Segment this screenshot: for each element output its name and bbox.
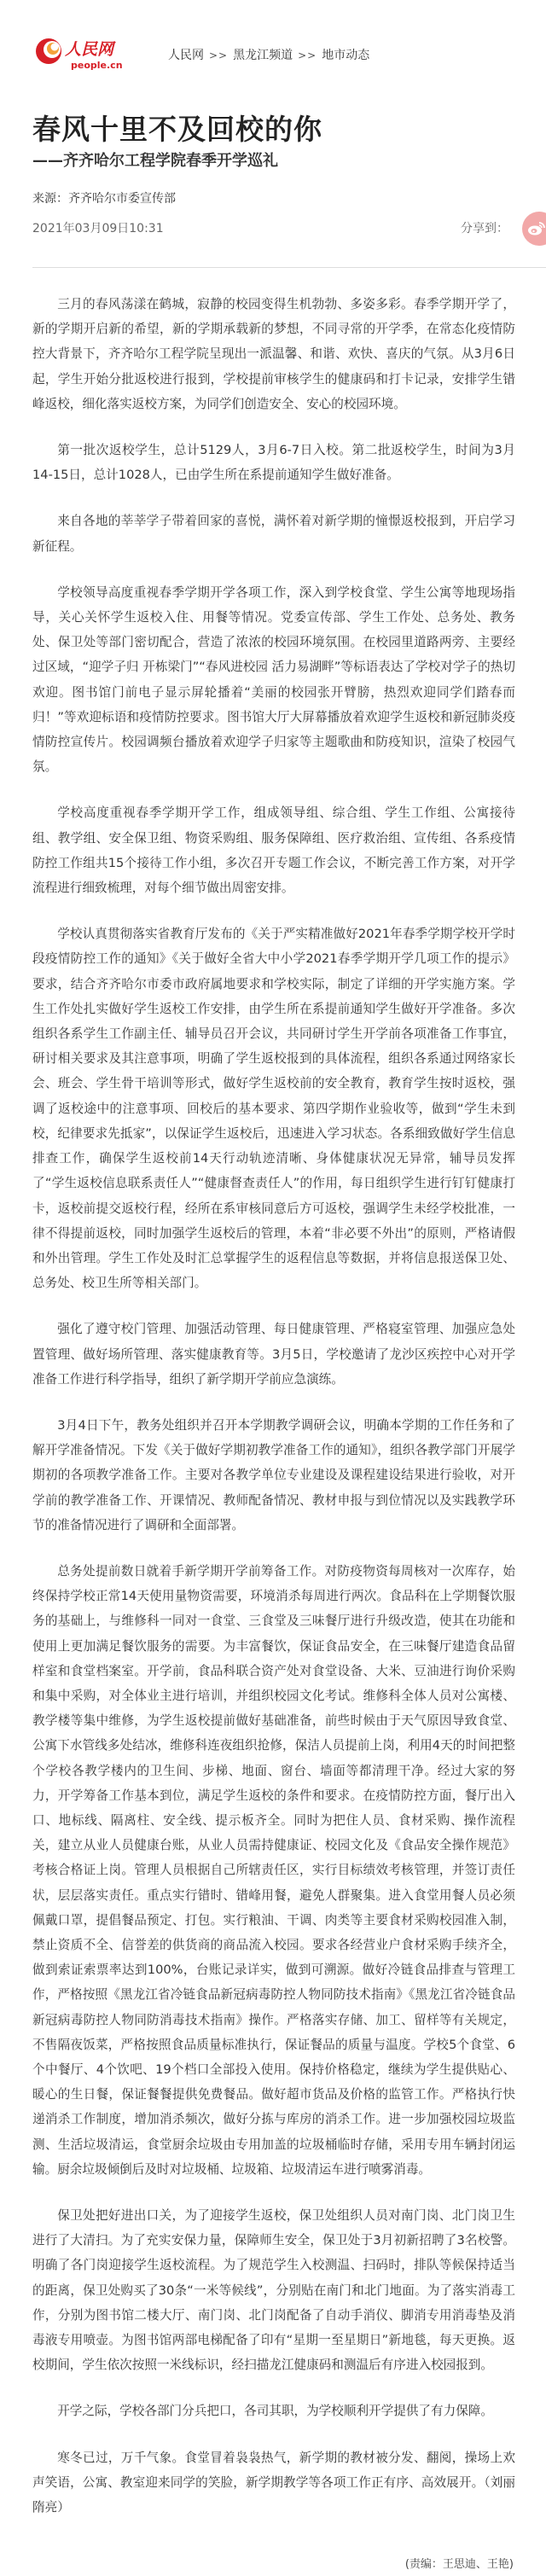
- paragraph: 学校领导高度重视春季学期开学各项工作，深入到学校食堂、学生公寓等地现场指导，关心…: [32, 580, 515, 780]
- breadcrumb-heilongjiang[interactable]: 黑龙江频道: [233, 49, 293, 62]
- breadcrumb-separator: >>: [298, 49, 317, 61]
- svg-text:人民网: 人民网: [65, 40, 116, 59]
- article-body: 三月的春风荡漾在鹤城，寂静的校园变得生机勃勃、多姿多彩。春季学期开学了，新的学期…: [32, 292, 515, 2541]
- paragraph: 第一批次返校学生，总计5129人，3月6-7日入校。第二批返校学生，时间为3月1…: [32, 438, 515, 487]
- article-subtitle: ——齐齐哈尔工程学院春季开学巡礼: [32, 148, 278, 171]
- paragraph: 3月4日下午，教务处组织并召开本学期教学调研会议，明确本学期的工作任务和了解开学…: [32, 1413, 515, 1538]
- paragraph: 学校认真贯彻落实省教育厅发布的《关于严实精准做好2021年春季学期学校开学时段疫…: [32, 922, 515, 1295]
- article-editor: (责编：王思迪、王艳): [405, 2555, 514, 2571]
- paragraph: 强化了遵守校门管理、加强活动管理、每日健康管理、严格寝室管理、加强应急处置管理、…: [32, 1317, 515, 1392]
- site-header: 人民网 people.cn 人民网>>黑龙江频道>>地市动态: [0, 0, 546, 77]
- article-title: 春风十里不及回校的你: [32, 108, 322, 148]
- paragraph: 学校高度重视春季学期开学工作，组成领导组、综合组、学生工作组、公寓接待组、教学组…: [32, 800, 515, 900]
- article-source: 来源：齐齐哈尔市委宣传部: [32, 189, 176, 206]
- paragraph: 来自各地的莘莘学子带着回家的喜悦，满怀着对新学期的憧憬返校报到，开启学习新征程。: [32, 509, 515, 558]
- paragraph: 寒冬已过，万千气象。食堂冒着袅袅热气，新学期的教材被分发、翻阅，操场上欢声笑语，…: [32, 2445, 515, 2521]
- breadcrumb: 人民网>>黑龙江频道>>地市动态: [168, 46, 369, 63]
- header-divider: [32, 267, 546, 268]
- paragraph: 保卫处把好进出口关，为了迎接学生返校，保卫处组织人员对南门岗、北门岗卫生进行了大…: [32, 2203, 515, 2377]
- paragraph: 总务处提前数日就着手新学期开学前筹备工作。对防疫物资每周核对一次库存，始终保持学…: [32, 1559, 515, 2182]
- breadcrumb-separator: >>: [209, 49, 228, 61]
- people-logo-icon: 人民网 people.cn: [34, 32, 128, 77]
- share-weibo-button[interactable]: [522, 212, 546, 246]
- breadcrumb-local-news[interactable]: 地市动态: [322, 49, 369, 62]
- share-label: 分享到：: [461, 219, 508, 236]
- people-cn-logo[interactable]: 人民网 people.cn: [34, 32, 128, 77]
- paragraph: 三月的春风荡漾在鹤城，寂静的校园变得生机勃勃、多姿多彩。春季学期开学了，新的学期…: [32, 292, 515, 416]
- weibo-icon: [527, 221, 546, 236]
- article-date: 2021年03月09日10:31: [32, 219, 164, 236]
- paragraph: 开学之际，学校各部门分兵把口，各司其职，为学校顺利开学提供了有力保障。: [32, 2399, 515, 2423]
- breadcrumb-home[interactable]: 人民网: [168, 49, 204, 62]
- svg-text:people.cn: people.cn: [71, 60, 123, 71]
